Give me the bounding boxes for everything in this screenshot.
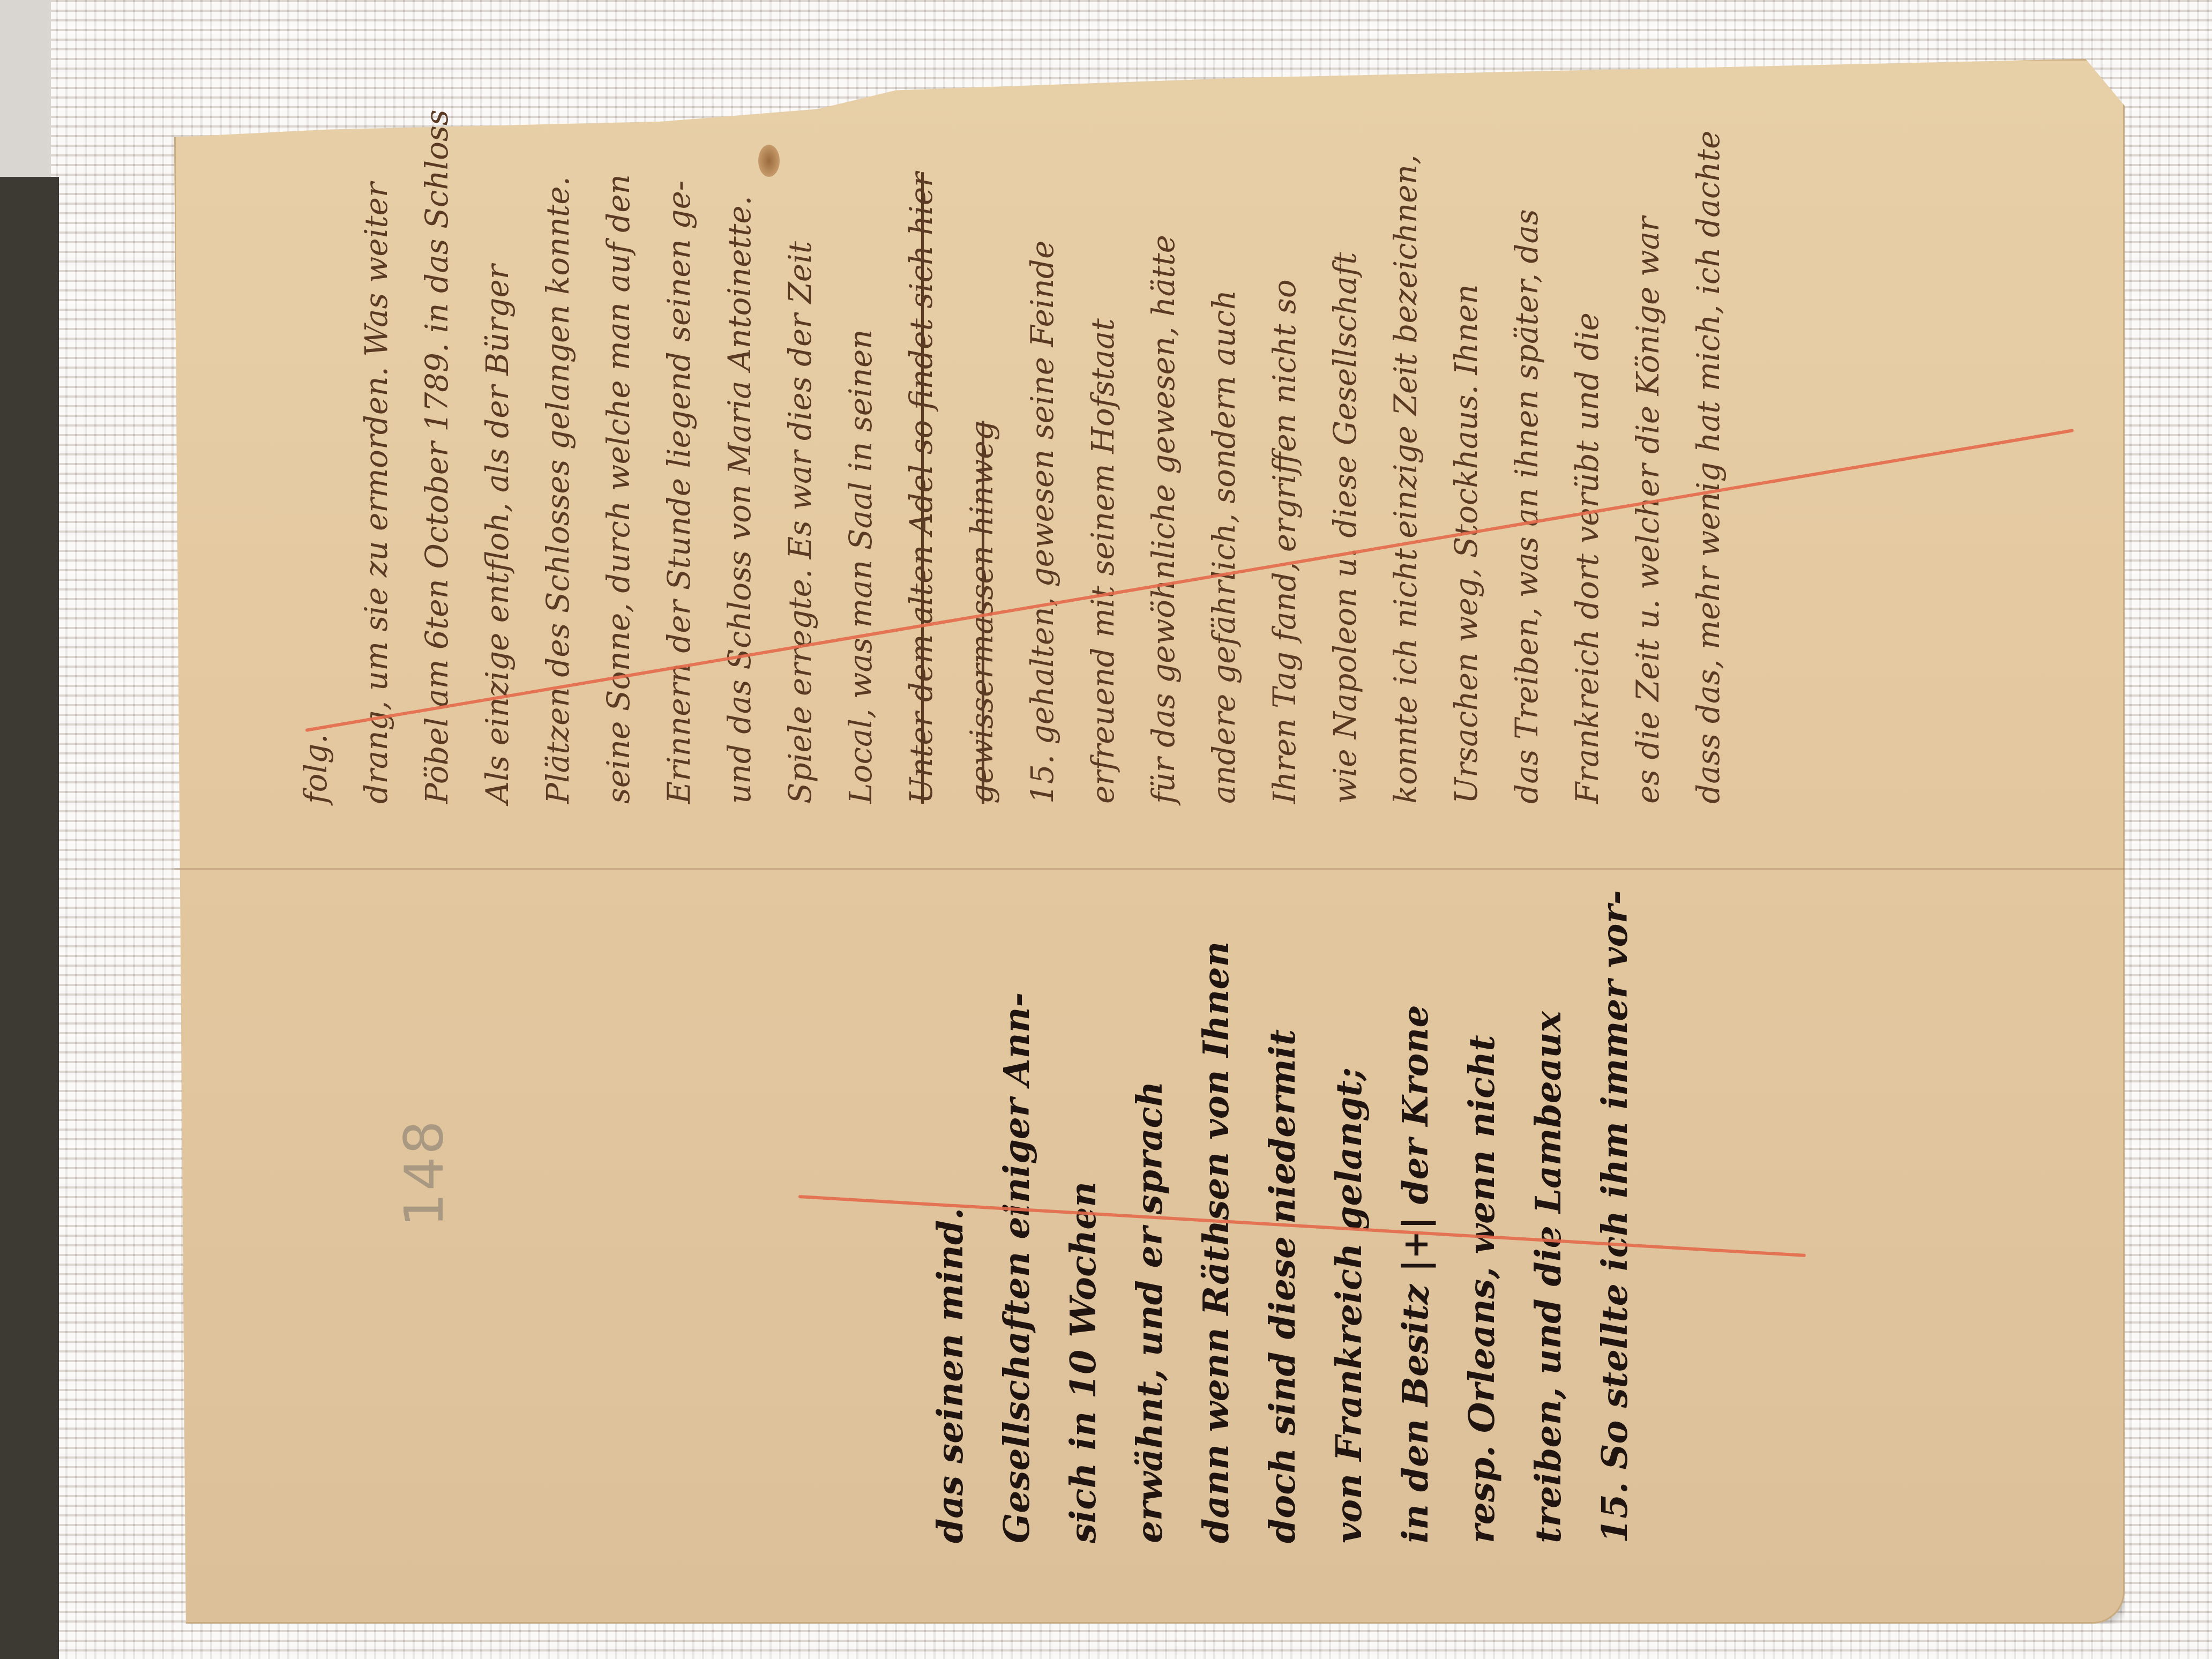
page-fold-crease bbox=[174, 868, 2125, 870]
handwritten-line: konnte ich nicht einzige Zeit bezeichnen… bbox=[1390, 54, 1421, 804]
handwritten-line: erfreuend mit seinem Hofstaat bbox=[1087, 54, 1118, 804]
handwritten-line: gewissermassen hinweg bbox=[966, 54, 997, 804]
handwritten-line: das seinen mind. bbox=[932, 900, 968, 1543]
handwritten-line: doch sind diese niedermit bbox=[1265, 900, 1300, 1543]
handwritten-line: drang, um sie zu ermorden. Was weiter bbox=[361, 54, 392, 804]
dark-table-edge bbox=[0, 177, 59, 1659]
handwritten-line: Frankreich dort verübt und die bbox=[1572, 54, 1603, 804]
handwritten-line: Pöbel am 6ten October 1789. in das Schlo… bbox=[421, 54, 452, 804]
other-document-corner bbox=[0, 0, 51, 177]
handwritten-line: seine Sonne, durch welche man auf den bbox=[603, 54, 634, 804]
handwritten-line: folg. bbox=[300, 54, 331, 804]
handwritten-line: Gesellschaften einiger Ann- bbox=[999, 900, 1034, 1543]
handwritten-line: Erinnern der Stunde liegend seinen ge- bbox=[663, 54, 694, 804]
handwritten-line: Ursachen weg, Stockhaus. Ihnen bbox=[1451, 54, 1482, 804]
handwritten-line: das Treiben, was an ihnen später, das bbox=[1511, 54, 1542, 804]
left-text-column: das seinen mind.Gesellschaften einiger A… bbox=[932, 900, 1632, 1543]
handwritten-line: für das gewöhnliche gewesen, hätte bbox=[1148, 54, 1179, 804]
handwritten-line: Spiele erregte. Es war dies der Zeit bbox=[784, 54, 816, 804]
handwritten-line: und das Schloss von Maria Antoinette. bbox=[724, 54, 755, 804]
handwritten-line: wie Napoleon u. diese Gesellschaft bbox=[1329, 54, 1361, 804]
handwritten-line: von Frankreich gelangt; bbox=[1331, 900, 1366, 1543]
handwritten-line: 15. gehalten, gewesen seine Feinde bbox=[1027, 54, 1058, 804]
handwritten-line: Als einzige entfloh, als der Bürger bbox=[482, 54, 513, 804]
pencil-page-number: 148 bbox=[393, 1118, 455, 1227]
right-text-column: folg.drang, um sie zu ermorden. Was weit… bbox=[300, 54, 1724, 804]
handwritten-line: Local, was man Saal in seinen bbox=[845, 54, 876, 804]
handwritten-line: resp. Orleans, wenn nicht bbox=[1464, 900, 1499, 1543]
handwritten-line: andere gefährlich, sondern auch bbox=[1208, 54, 1239, 804]
handwritten-line: erwähnt, und er sprach bbox=[1132, 900, 1167, 1543]
handwritten-line: sich in 10 Wochen bbox=[1065, 900, 1101, 1543]
handwritten-line: 15. So stellte ich ihm immer vor- bbox=[1597, 900, 1632, 1543]
handwritten-line: in den Besitz |+| der Krone bbox=[1398, 900, 1433, 1543]
handwritten-line: Plätzen des Schlosses gelangen konnte. bbox=[542, 54, 573, 804]
handwritten-line: Unter dem alten Adel so findet sich hier bbox=[906, 54, 937, 804]
handwritten-line: es die Zeit u. welcher die Könige war bbox=[1632, 54, 1663, 804]
handwritten-line: treiben, und die Lambeaux bbox=[1530, 900, 1566, 1543]
handwritten-line: Ihren Tag fand, ergriffen nicht so bbox=[1269, 54, 1300, 804]
handwritten-line: dass das, mehr wenig hat mich, ich dacht… bbox=[1693, 54, 1724, 804]
